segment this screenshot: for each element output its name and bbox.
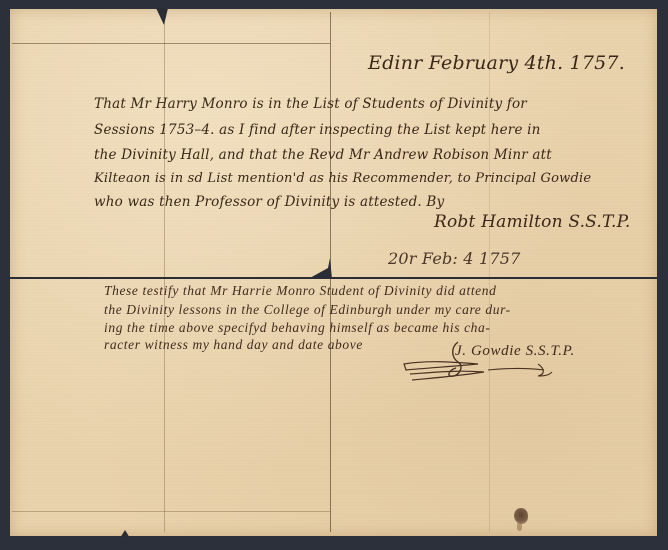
- cert1-signature: Robt Hamilton S.S.T.P.: [434, 212, 630, 232]
- tear-notch: [308, 258, 336, 280]
- ink-stain-drip: [517, 522, 522, 531]
- cert1-line-5: who was then Professor of Divinity is at…: [94, 194, 444, 210]
- signature-flourish: [398, 340, 558, 385]
- cert2-line-1: These testify that Mr Harrie Monro Stude…: [104, 283, 496, 299]
- fold-line-vertical-left: [164, 12, 165, 532]
- dateline: Edinr February 4th. 1757.: [368, 52, 625, 74]
- fold-line-horizontal-top: [12, 43, 330, 44]
- cert1-line-1: That Mr Harry Monro is in the List of St…: [94, 96, 527, 112]
- fold-line-horizontal-bottom: [12, 511, 330, 512]
- fold-line-vertical-far: [489, 12, 490, 532]
- cert1-line-2: Sessions 1753–4. as I find after inspect…: [94, 122, 541, 138]
- cert2-line-2: the Divinity lessons in the College of E…: [104, 302, 511, 318]
- bottom-notch: [120, 530, 130, 538]
- cert1-line-3: the Divinity Hall, and that the Revd Mr …: [94, 147, 552, 163]
- cert1-line-4: Kilteaon is in sd List mention'd as his …: [94, 171, 591, 186]
- cert1-second-date: 20r Feb: 4 1757: [388, 249, 521, 268]
- cert2-line-3: ing the time above specifyd behaving him…: [104, 320, 490, 336]
- top-notch: [156, 8, 168, 26]
- document-viewer: Edinr February 4th. 1757. That Mr Harry …: [0, 0, 668, 550]
- cert2-line-4: racter witness my hand day and date abov…: [104, 337, 363, 353]
